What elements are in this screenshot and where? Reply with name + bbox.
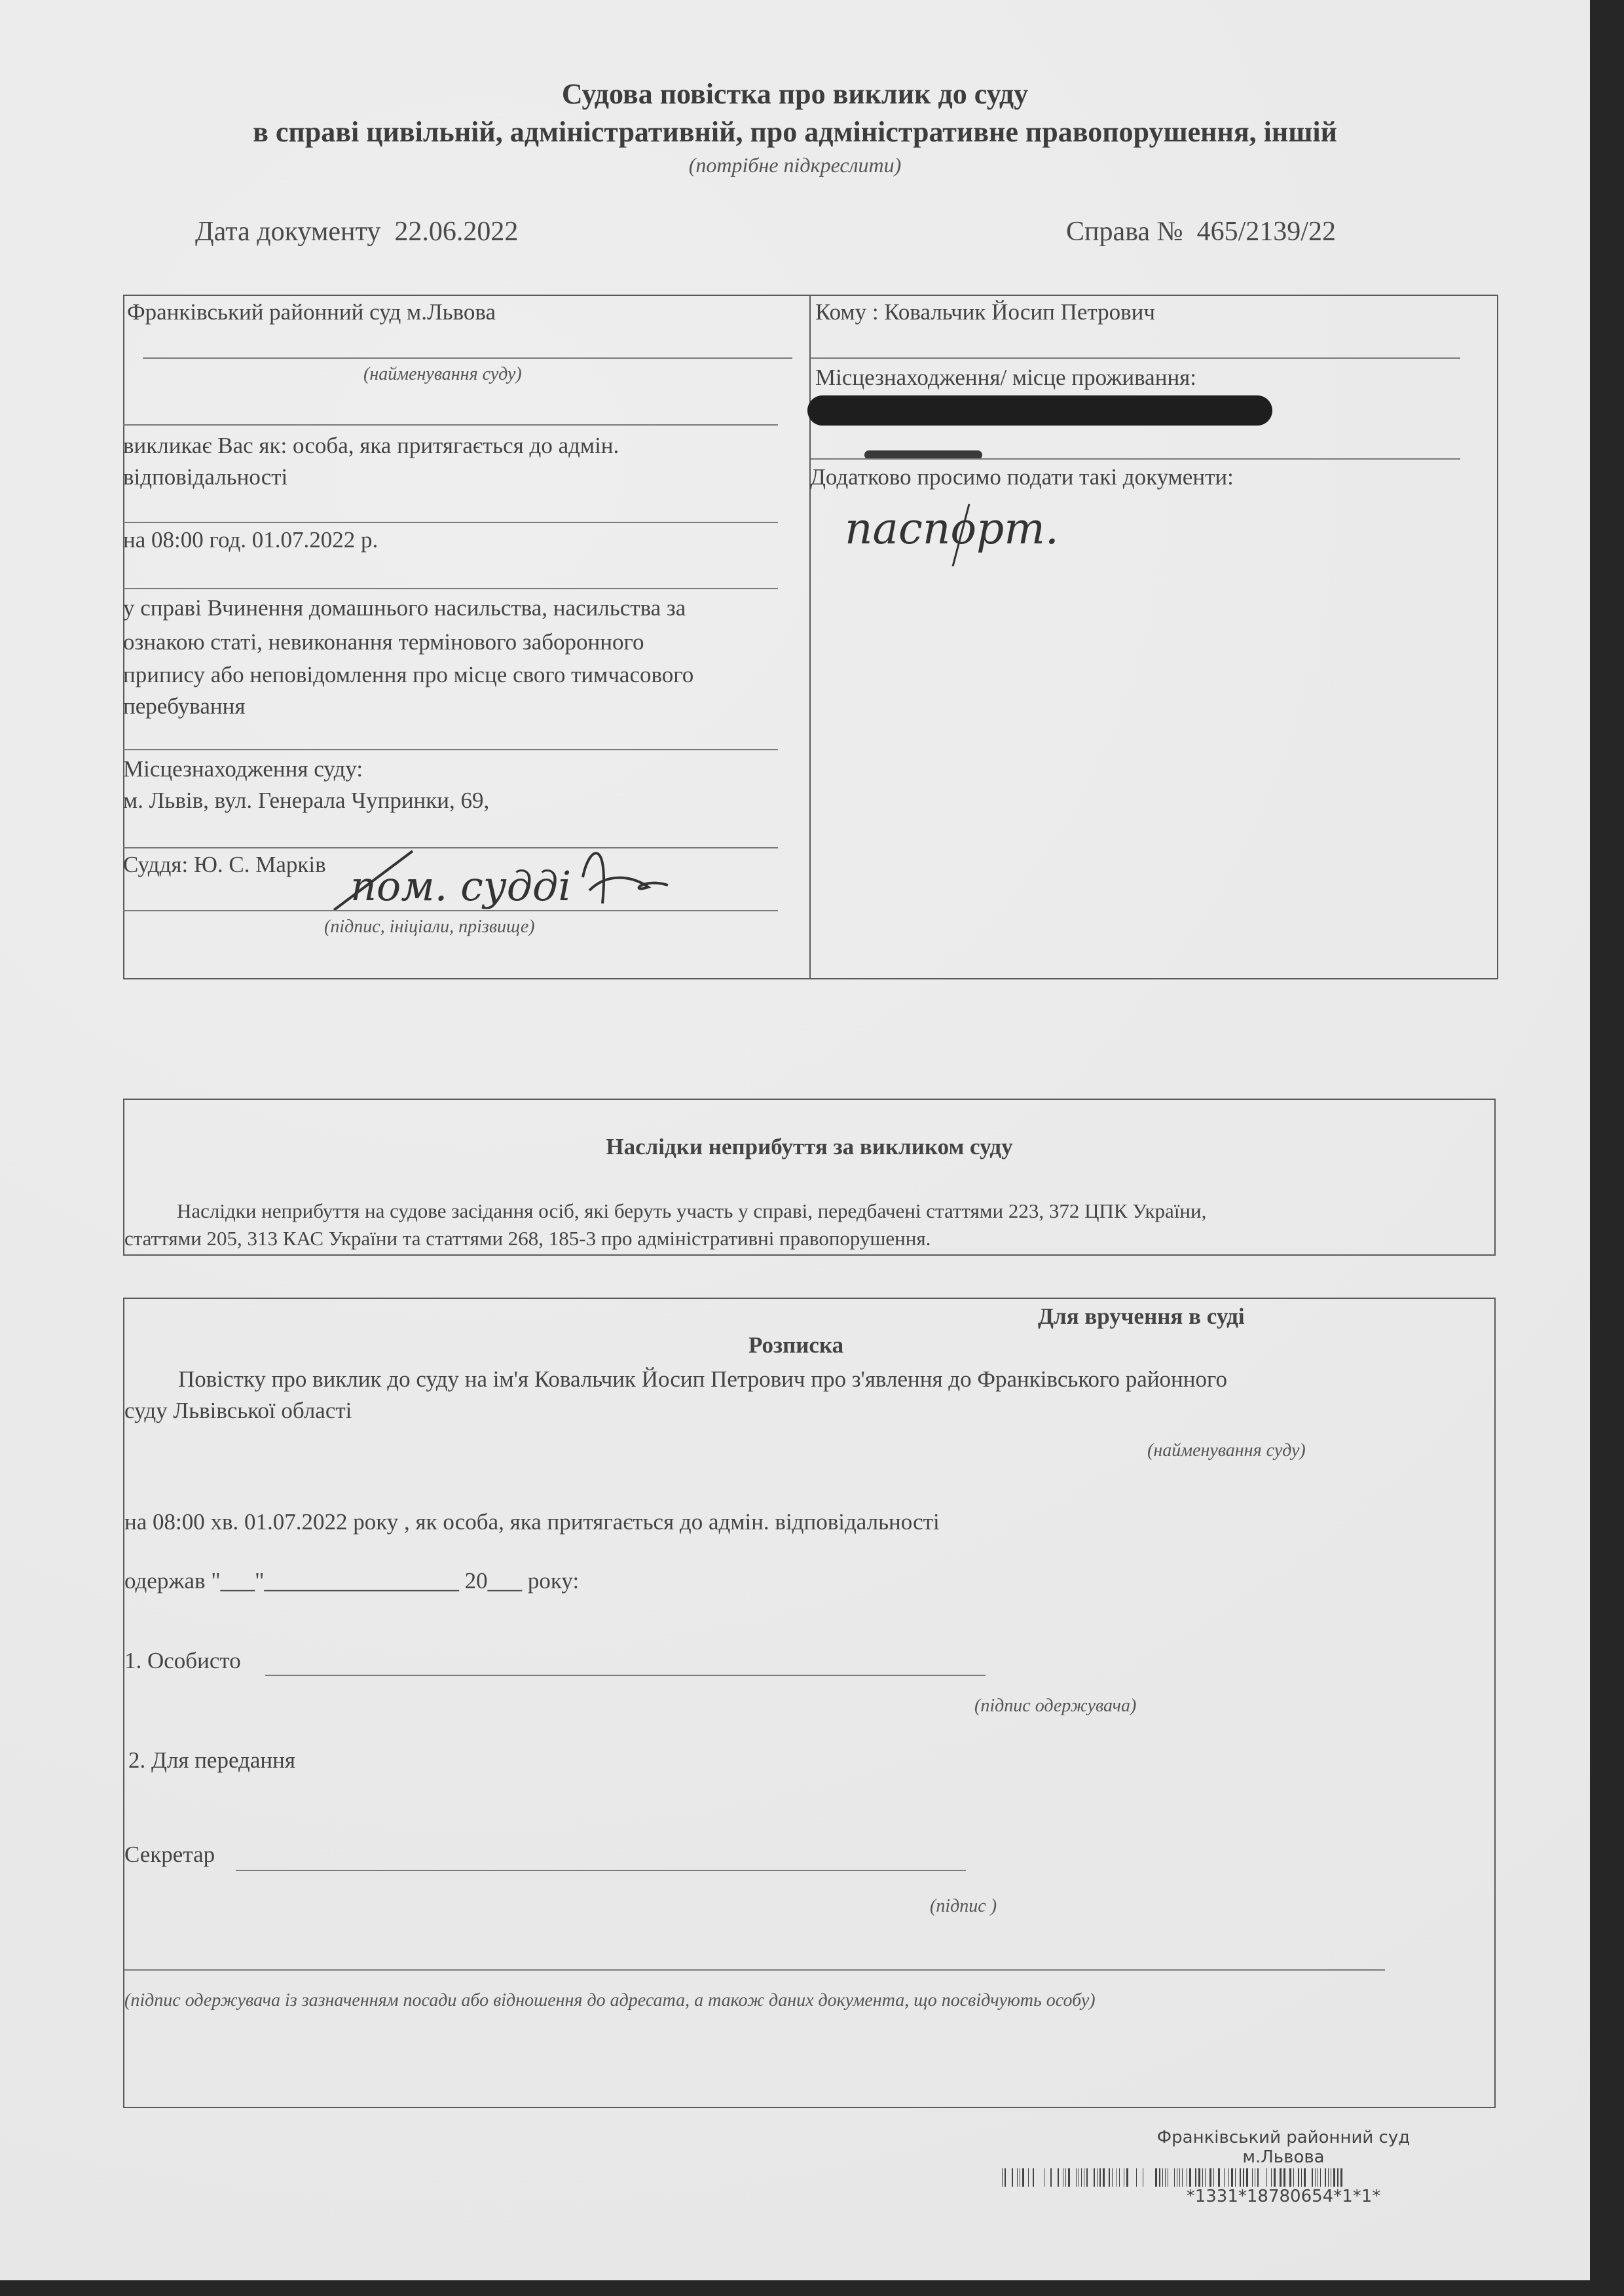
personally-signature-line[interactable] <box>265 1675 986 1676</box>
column-divider <box>809 295 811 979</box>
document-date-label: Дата документу <box>195 217 380 247</box>
footer-court-name: Франківський районний суд <box>1113 2128 1454 2147</box>
divider <box>123 910 778 911</box>
personally-caption: (підпис одержувача) <box>974 1696 1136 1717</box>
document-date-value: 22.06.2022 <box>394 217 518 247</box>
court-location: м. Львів, вул. Генерала Чупринки, 69, <box>123 784 489 817</box>
redacted-address <box>807 395 1272 426</box>
case-subject-1: у справі Вчинення домашнього насильства,… <box>123 592 686 625</box>
summons-as-cont: відповідальності <box>123 461 287 494</box>
case-number-value: 465/2139/22 <box>1197 217 1336 247</box>
appearance-time: на 08:00 год. 01.07.2022 р. <box>123 524 378 556</box>
transfer-label: 2. Для передання <box>128 1744 295 1777</box>
receipt-text-2: суду Львівської області <box>124 1394 352 1427</box>
court-name: Франківський районний суд м.Львова <box>127 296 496 329</box>
consequences-text-2: статтями 205, 313 КАС України та статтям… <box>124 1226 931 1252</box>
receipt-time-line: на 08:00 хв. 01.07.2022 року , як особа,… <box>124 1506 940 1539</box>
personally-label: 1. Особисто <box>124 1645 241 1677</box>
additional-docs-handwriting: паспорт. <box>838 498 1139 570</box>
recipient: Кому : Ковальчик Йосип Петрович <box>815 296 1155 329</box>
receipt-text-1: Повістку про виклик до суду на ім'я Кова… <box>178 1363 1227 1396</box>
case-number-label: Справа № <box>1066 217 1183 247</box>
barcode <box>1002 2168 1344 2187</box>
judge-handwritten-note: пом. судді <box>350 862 571 910</box>
court-location-label: Місцезнаходження суду: <box>123 753 363 786</box>
consequences-title: Наслідки неприбуття за викликом суду <box>123 1134 1496 1160</box>
divider <box>123 588 778 589</box>
divider <box>123 749 778 750</box>
divider <box>811 357 1460 359</box>
document-title: Судова повістка про виклик до суду <box>0 77 1590 111</box>
document-date: Дата документу 22.06.2022 <box>195 216 518 247</box>
summons-as: викликає Вас як: особа, яка притягається… <box>123 429 619 462</box>
case-subject-3: припису або неповідомлення про місце сво… <box>123 659 693 691</box>
document-page: Судова повістка про виклик до суду в спр… <box>0 0 1590 2280</box>
receipt-title: Розписка <box>748 1329 843 1362</box>
secretary-label: Секретар <box>124 1838 215 1871</box>
document-subtitle: в справі цивільній, адміністративній, пр… <box>0 115 1590 149</box>
court-name-caption: (найменування суду) <box>363 364 522 385</box>
additional-docs-label: Додатково просимо подати такі документи: <box>810 461 1234 494</box>
barcode-text: *1331*18780654*1*1* <box>1113 2187 1454 2206</box>
residence-label: Місцезнаходження/ місце проживання: <box>815 361 1196 394</box>
case-subject-4: перебування <box>123 690 245 723</box>
for-court-delivery: Для вручення в суді <box>1038 1300 1245 1333</box>
case-subject-2: ознакою статі, невиконання термінового з… <box>123 626 644 659</box>
recipient-caption: (підпис одержувача із зазначенням посади… <box>124 1990 1096 2011</box>
judge-signature: пом. судді <box>216 831 714 930</box>
signature-caption: (підпис, ініціали, прізвище) <box>324 917 535 938</box>
underline-hint: (потрібне підкреслити) <box>0 153 1590 177</box>
secretary-signature-line[interactable] <box>236 1870 966 1871</box>
court-name-line <box>143 357 792 359</box>
secretary-caption: (підпис ) <box>930 1896 997 1917</box>
footer-court-city: м.Львова <box>1113 2147 1454 2167</box>
consequences-text-1: Наслідки неприбуття на судове засідання … <box>177 1198 1206 1224</box>
divider <box>123 424 778 426</box>
received-date-field[interactable]: одержав "___"_________________ 20___ рок… <box>124 1565 579 1597</box>
additional-docs-value: паспорт. <box>845 503 1059 554</box>
divider <box>123 522 778 523</box>
divider <box>811 458 1460 460</box>
case-number: Справа № 465/2139/22 <box>1066 216 1336 247</box>
recipient-signature-line[interactable] <box>124 1969 1385 1971</box>
receipt-court-caption: (найменування суду) <box>1147 1440 1306 1461</box>
